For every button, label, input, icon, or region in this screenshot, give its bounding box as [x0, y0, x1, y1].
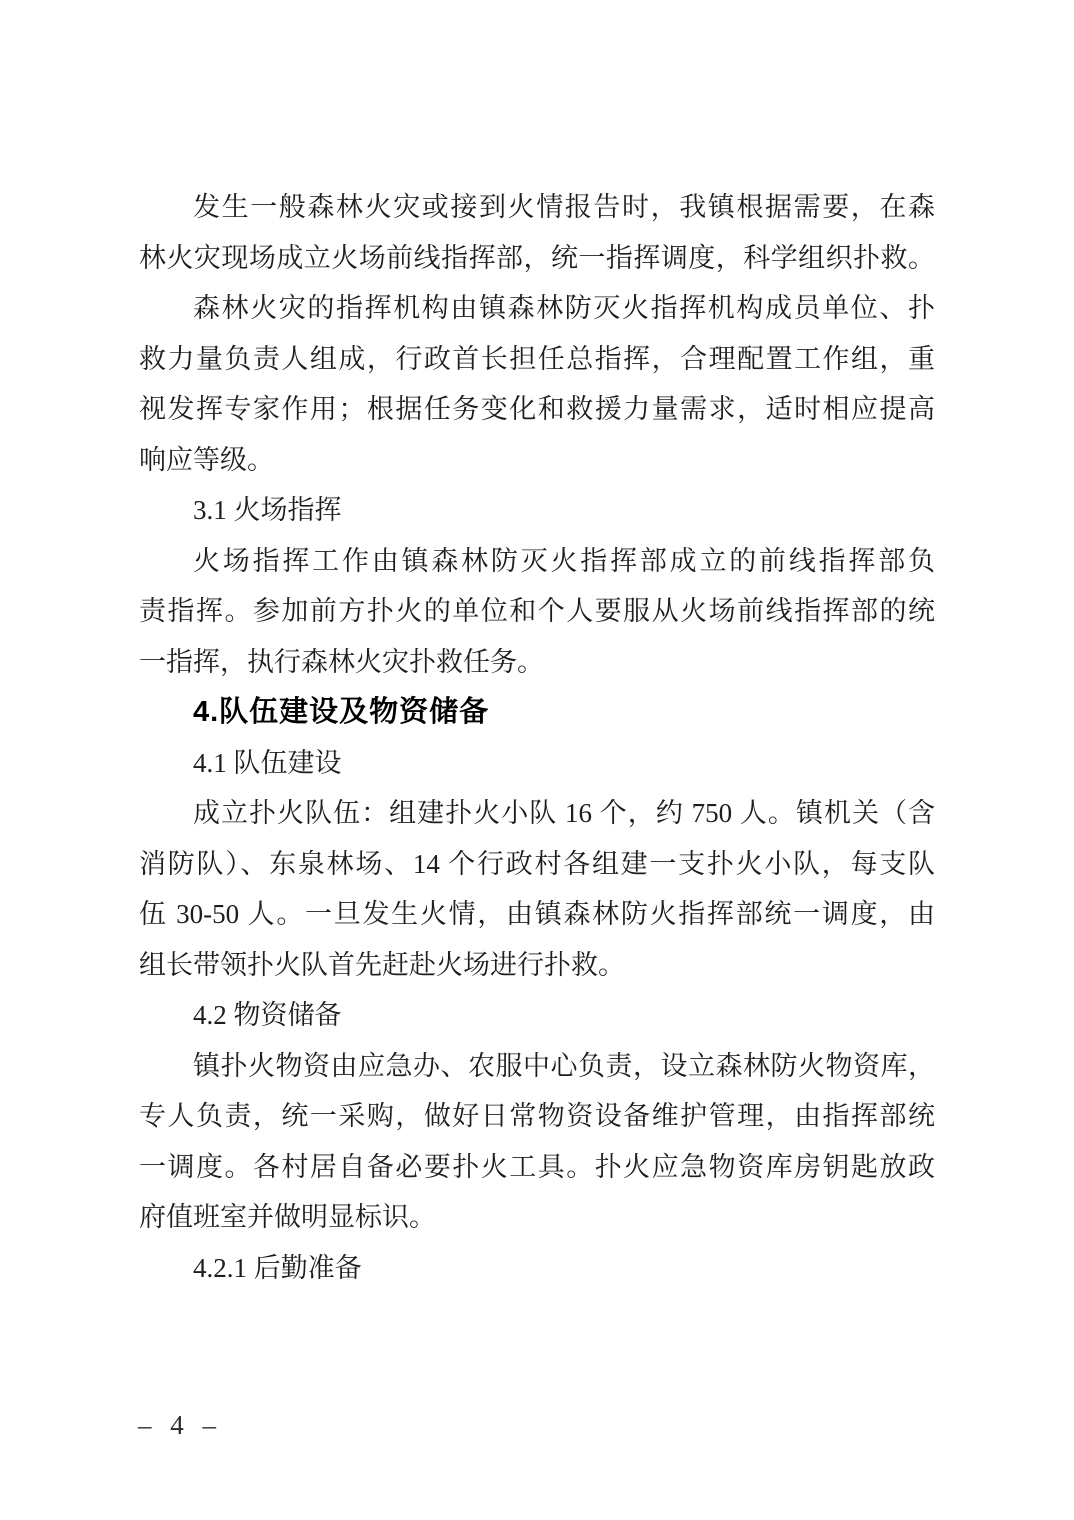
- text-line: 消防队）、东泉林场、14 个行政村各组建一支扑火小队，每支队: [139, 839, 935, 890]
- section-heading-4-2: 4.2 物资储备: [139, 990, 935, 1041]
- text-line: 林火灾现场成立火场前线指挥部，统一指挥调度，科学组织扑救。: [139, 233, 935, 284]
- text-line: 专人负责，统一采购，做好日常物资设备维护管理，由指挥部统: [139, 1091, 935, 1142]
- text-line: 成立扑火队伍：组建扑火小队 16 个，约 750 人。镇机关（含: [139, 788, 935, 839]
- text-line: 一调度。各村居自备必要扑火工具。扑火应急物资库房钥匙放政: [139, 1142, 935, 1193]
- document-body: 发生一般森林火灾或接到火情报告时，我镇根据需要，在森 林火灾现场成立火场前线指挥…: [139, 182, 935, 1293]
- text-line: 伍 30-50 人。一旦发生火情，由镇森林防火指挥部统一调度，由: [139, 889, 935, 940]
- text-line: 镇扑火物资由应急办、农服中心负责，设立森林防火物资库，: [139, 1041, 935, 1092]
- section-heading-4: 4.队伍建设及物资储备: [139, 687, 935, 738]
- section-heading-4-1: 4.1 队伍建设: [139, 738, 935, 789]
- text-line: 府值班室并做明显标识。: [139, 1192, 935, 1243]
- text-line: 发生一般森林火灾或接到火情报告时，我镇根据需要，在森: [139, 182, 935, 233]
- text-line: 一指挥，执行森林火灾扑救任务。: [139, 637, 935, 688]
- text-line: 组长带领扑火队首先赶赴火场进行扑救。: [139, 940, 935, 991]
- text-line: 火场指挥工作由镇森林防灭火指挥部成立的前线指挥部负: [139, 536, 935, 587]
- section-heading-3-1: 3.1 火场指挥: [139, 485, 935, 536]
- text-line: 救力量负责人组成，行政首长担任总指挥，合理配置工作组，重: [139, 334, 935, 385]
- text-line: 森林火灾的指挥机构由镇森林防灭火指挥机构成员单位、扑: [139, 283, 935, 334]
- text-line: 响应等级。: [139, 435, 935, 486]
- text-line: 视发挥专家作用；根据任务变化和救援力量需求，适时相应提高: [139, 384, 935, 435]
- text-line: 责指挥。参加前方扑火的单位和个人要服从火场前线指挥部的统: [139, 586, 935, 637]
- document-page: 发生一般森林火灾或接到火情报告时，我镇根据需要，在森 林火灾现场成立火场前线指挥…: [0, 0, 1074, 1520]
- page-number: – 4 –: [138, 1410, 222, 1441]
- section-heading-4-2-1: 4.2.1 后勤准备: [139, 1243, 935, 1294]
